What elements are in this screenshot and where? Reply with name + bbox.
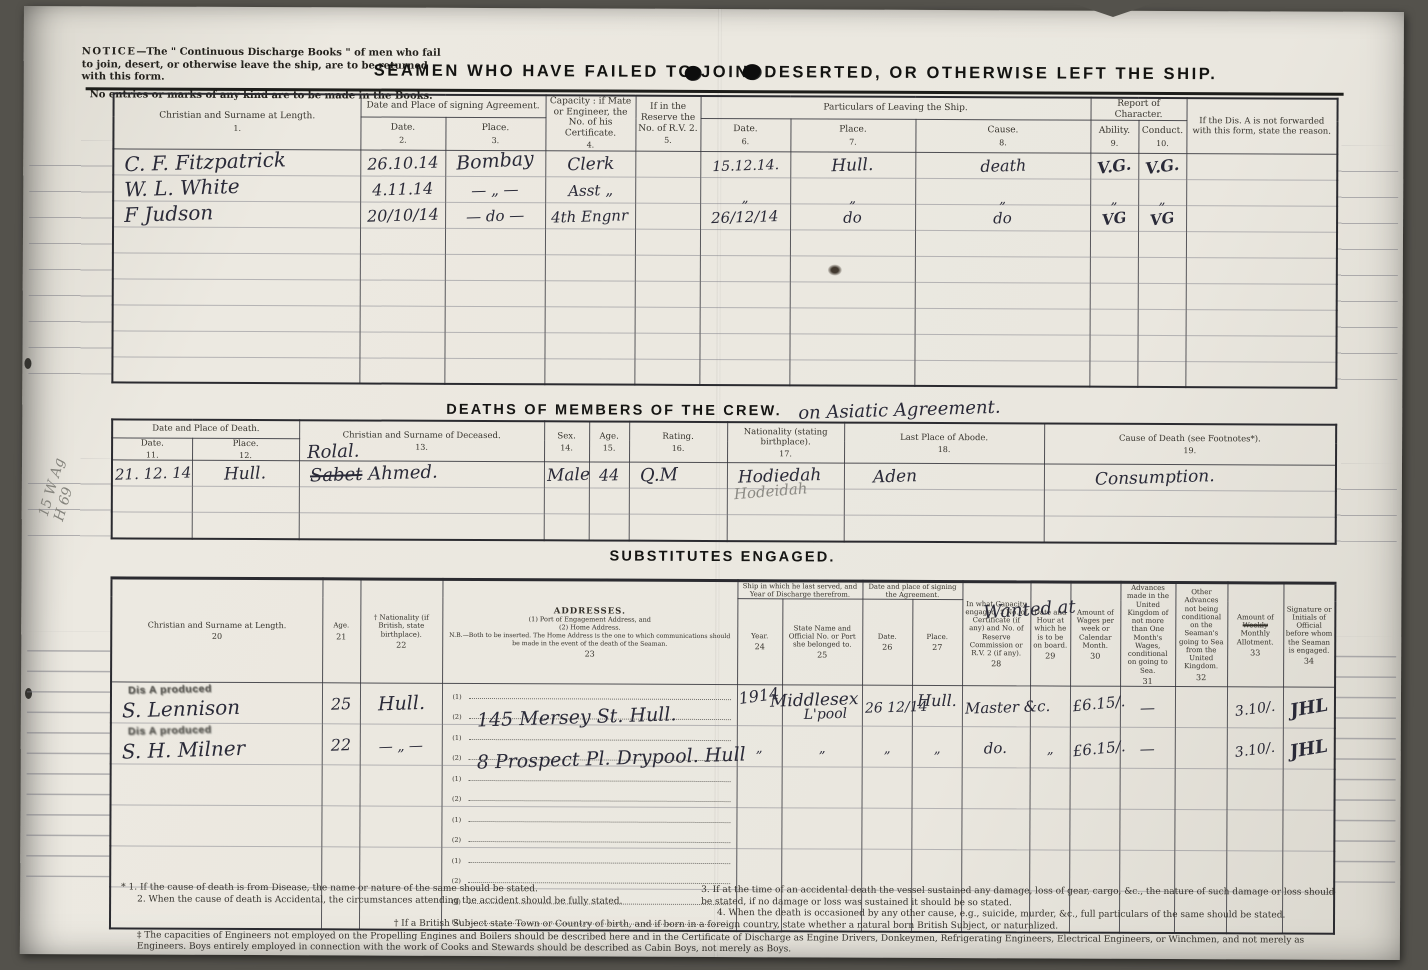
deserters-table: Christian and Surname at Length.1. Date …	[111, 92, 1338, 389]
col-addresses: ADDRESSES. (1) Port of Engagement Addres…	[442, 579, 737, 684]
empty-cell	[360, 254, 445, 280]
empty-cell	[1070, 768, 1120, 809]
cell-leave-place: „	[790, 178, 915, 205]
empty-cell	[915, 282, 1090, 309]
empty-cell	[359, 806, 441, 847]
empty-cell	[321, 806, 359, 847]
empty-cell	[635, 255, 700, 281]
empty-cell	[360, 765, 442, 806]
empty-cell	[1186, 283, 1337, 310]
empty-cell	[1090, 283, 1138, 309]
empty-cell	[1137, 335, 1185, 361]
ruled-lines-margin	[1333, 637, 1396, 883]
empty-cell	[912, 768, 962, 809]
empty-row: (1) (2)	[111, 764, 1335, 810]
cell-sign-date: 26.10.14	[360, 150, 445, 176]
empty-cell	[1138, 283, 1186, 309]
cell-allotment: 3.10/.	[1227, 728, 1283, 769]
cell-ship-name: MiddlesexL'pool	[782, 685, 862, 726]
empty-cell	[322, 765, 360, 806]
dis-a-stamp: Dis A produced	[128, 724, 212, 738]
cell-dis-a	[1186, 205, 1337, 232]
empty-cell	[914, 334, 1089, 361]
table-row: Dis A produced S. Lennison 25 Hull. (1) …	[111, 682, 1335, 728]
footnote-double-dagger: ‡ The capacities of Engineers not employ…	[109, 930, 1343, 959]
empty-cell	[1282, 810, 1334, 851]
empty-cell	[1175, 769, 1227, 810]
page-title: SEAMEN WHO HAVE FAILED TO JOIN, DESERTED…	[374, 62, 1192, 85]
empty-cell	[700, 255, 790, 281]
cell-ability: „	[1090, 179, 1138, 205]
empty-cell	[112, 331, 359, 358]
empty-cell	[1138, 309, 1186, 335]
cell-address: (1) (2)	[441, 807, 736, 849]
form-page: 15 W Ag H 69 NOTICE—The " Continuous Dis…	[20, 6, 1404, 960]
cell-onboard: „	[1030, 727, 1070, 768]
empty-cell	[299, 513, 544, 540]
empty-cell	[915, 308, 1090, 335]
cell-conduct: VG	[1138, 205, 1186, 231]
empty-cell	[113, 227, 360, 254]
cell-ability: VG	[1090, 205, 1138, 231]
empty-cell	[445, 280, 545, 306]
empty-cell	[1186, 309, 1337, 336]
empty-cell	[444, 332, 544, 358]
cell-wages: £6.15/.	[1070, 727, 1120, 768]
cell-ship-name: „	[782, 726, 862, 767]
empty-cell	[544, 359, 634, 385]
empty-cell	[790, 282, 915, 309]
empty-cell	[700, 307, 790, 333]
empty-cell	[360, 280, 445, 306]
cell-sign-place: — do —	[445, 202, 545, 228]
cell-death-cause: Consumption.	[1044, 464, 1336, 491]
empty-row	[112, 357, 1336, 388]
cell-sub-date: „	[862, 726, 912, 767]
empty-cell	[634, 333, 699, 359]
empty-cell	[1226, 810, 1282, 851]
empty-cell	[360, 306, 445, 332]
cell-capacity: Asst „	[545, 177, 635, 203]
col-group-ship: Ship in which he last served, and Year o…	[737, 581, 862, 600]
empty-cell	[782, 767, 862, 808]
empty-cell	[192, 487, 299, 513]
cell-reserve	[635, 177, 700, 203]
empty-cell	[1044, 516, 1336, 543]
deaths-title-text: DEATHS OF MEMBERS OF THE CREW.	[446, 402, 782, 419]
cell-sub-name: Dis A produced S. Lennison	[111, 682, 322, 724]
empty-cell	[444, 358, 544, 384]
col-sign-place: Place.3.	[445, 118, 545, 151]
empty-row: (1) (2)	[110, 805, 1334, 851]
empty-cell	[111, 764, 322, 806]
col-group-sub-signing: Date and place of signing the Agreement.	[862, 581, 962, 599]
empty-cell	[545, 307, 635, 333]
table-row: Dis A produced S. H. Milner 22 — „ — (1)…	[111, 723, 1335, 769]
cell-advances-uk: —	[1120, 727, 1175, 768]
empty-cell	[736, 849, 781, 890]
empty-cell	[1120, 768, 1175, 809]
cell-name: W. L. White	[113, 175, 360, 202]
col-advances-uk: Advances made in the United Kingdom of n…	[1120, 582, 1175, 686]
cell-nationality: Hodiedah Hodeidah	[727, 463, 844, 490]
col-official-signature: Signature or Initials of Official before…	[1283, 583, 1335, 687]
empty-cell	[629, 489, 727, 515]
empty-cell	[790, 256, 915, 283]
cell-age: 44	[589, 462, 629, 488]
empty-cell	[844, 490, 1044, 517]
cell-abode: Aden	[844, 464, 1044, 491]
empty-row	[112, 512, 1336, 543]
cell-sub-date: 26 12/14	[862, 685, 912, 726]
cell-sub-place: „	[912, 727, 962, 768]
cell-advances-uk: —	[1120, 686, 1175, 727]
cell-name: C. F. Fitzpatrick	[113, 149, 360, 176]
col-nationality: Nationality (stating birthplace).17.	[727, 422, 844, 463]
col-sub-age: Age.21	[322, 579, 360, 683]
empty-cell	[861, 808, 911, 849]
empty-cell	[1174, 810, 1226, 851]
empty-cell	[544, 514, 589, 540]
ruled-lines-margin	[26, 631, 110, 877]
cell-sign-place: Bombay	[445, 150, 545, 176]
cell-sub-capacity: Master &c.	[962, 686, 1030, 727]
empty-cell	[1185, 361, 1336, 388]
cell-sex: Male	[544, 462, 589, 488]
empty-cell	[112, 357, 359, 384]
empty-cell	[1226, 851, 1282, 892]
ruled-lines-margin	[1335, 146, 1398, 380]
empty-cell	[1137, 361, 1185, 387]
empty-cell	[789, 334, 914, 361]
cell-capacity: 4th Engnr	[545, 203, 635, 229]
empty-cell	[113, 279, 360, 306]
ink-blot	[743, 64, 762, 80]
cell-sign-date: 20/10/14	[360, 202, 445, 228]
empty-cell	[634, 359, 699, 385]
col-leave-date: Date.6.	[700, 119, 790, 152]
cell-sign-date: 4.11.14	[360, 176, 445, 202]
col-age: Age.15.	[589, 421, 629, 462]
cell-cause: death	[915, 152, 1090, 179]
empty-cell	[359, 358, 444, 384]
col-other-advances: Other Advances not being conditional on …	[1175, 583, 1227, 687]
col-sub-nationality: † Nationality (if British, state birthpl…	[360, 579, 442, 684]
empty-cell	[544, 333, 634, 359]
empty-cell	[789, 360, 914, 387]
col-reserve: If in the Reserve the No. of R.V. 2.5.	[635, 96, 700, 152]
empty-cell	[962, 768, 1030, 809]
cell-sub-nationality: — „ —	[360, 724, 442, 765]
empty-cell	[700, 281, 790, 307]
cell-sub-age: 25	[322, 683, 360, 724]
empty-cell	[635, 281, 700, 307]
col-sex: Sex.14.	[544, 421, 589, 462]
empty-cell	[359, 332, 444, 358]
empty-cell	[1069, 850, 1119, 891]
empty-cell	[961, 850, 1029, 891]
empty-cell	[544, 488, 589, 514]
empty-cell	[1138, 257, 1186, 283]
cell-other-advances	[1175, 687, 1227, 728]
empty-cell	[359, 847, 441, 888]
cell-sub-nationality: Hull.	[360, 683, 442, 724]
empty-cell	[861, 849, 911, 890]
col-ability: Ability.9.	[1090, 120, 1138, 153]
cell-leave-date: 26/12/14	[700, 203, 790, 229]
ruled-lines-margin	[28, 140, 112, 374]
empty-cell	[635, 229, 700, 255]
empty-cell	[299, 487, 544, 514]
empty-cell	[545, 229, 635, 255]
col-leave-place: Place.7.	[790, 119, 915, 152]
deaths-header-annotation: Rolal.	[307, 443, 360, 463]
empty-cell	[1089, 361, 1137, 387]
empty-cell	[1089, 335, 1137, 361]
cell-official-signature: JHL	[1283, 728, 1335, 769]
cell-sub-age: 22	[322, 724, 360, 765]
empty-cell	[445, 254, 545, 280]
col-death-date: Date.11.	[112, 438, 192, 461]
empty-cell	[781, 849, 861, 890]
col-dis-a: If the Dis. A is not forwarded with this…	[1186, 98, 1337, 154]
empty-cell	[112, 486, 192, 512]
cell-deceased: Sabet Ahmed.	[299, 461, 544, 488]
col-wages: Amount of Wages per week or Calendar Mon…	[1070, 582, 1120, 686]
empty-cell	[1090, 309, 1138, 335]
empty-cell	[192, 513, 299, 539]
cell-name: F Judson	[113, 201, 360, 228]
empty-cell	[914, 360, 1089, 387]
cell-ability: V.G.	[1090, 153, 1138, 179]
empty-cell	[1044, 490, 1336, 517]
cell-leave-date: „	[700, 177, 790, 203]
dis-a-stamp: Dis A produced	[128, 683, 212, 697]
empty-cell	[961, 809, 1029, 850]
empty-cell	[445, 228, 545, 254]
empty-cell	[545, 255, 635, 281]
empty-cell	[1030, 768, 1070, 809]
empty-cell	[1282, 851, 1334, 892]
empty-cell	[699, 333, 789, 359]
deaths-title-annotation: on Asiatic Agreement.	[798, 399, 1001, 423]
empty-cell	[589, 488, 629, 514]
empty-cell	[790, 230, 915, 257]
empty-cell	[699, 359, 789, 385]
empty-cell	[1186, 335, 1337, 362]
footnotes: * 1. If the cause of death is from Disea…	[109, 882, 1343, 959]
empty-cell	[736, 808, 781, 849]
col-group-signing: Date and Place of signing Agreement.	[361, 94, 546, 118]
cell-cause: „	[915, 178, 1090, 205]
empty-cell	[1090, 257, 1138, 283]
cell-sub-place: Hull.	[912, 686, 962, 727]
empty-cell	[112, 512, 192, 538]
col-sub-date: Date.26	[862, 599, 912, 685]
col-ship-name: State Name and Official No. or Port she …	[782, 599, 862, 686]
col-conduct: Conduct.10.	[1138, 121, 1186, 154]
empty-cell	[1029, 850, 1069, 891]
empty-cell	[1119, 850, 1174, 891]
empty-cell	[1029, 809, 1069, 850]
empty-cell	[1138, 231, 1186, 257]
empty-cell	[911, 809, 961, 850]
cell-address: (1) (2)145 Mersey St. Hull.	[442, 684, 737, 726]
cell-official-signature: JHL	[1283, 687, 1335, 728]
empty-cell	[445, 306, 545, 332]
empty-cell	[700, 229, 790, 255]
col-sub-capacity: In what Capacity engaged. ‡ No. of Certi…	[962, 582, 1030, 686]
cell-sub-name: Dis A produced S. H. Milner	[111, 723, 322, 765]
col-capacity: Capacity : if Mate or Engineer, the No. …	[545, 95, 635, 151]
ink-blot	[685, 66, 702, 81]
empty-cell	[1186, 257, 1337, 284]
col-death-place: Place.12.	[192, 438, 299, 461]
substitutes-section-title: SUBSTITUTES ENGAGED.	[111, 546, 1335, 567]
cell-other-advances	[1175, 728, 1227, 769]
empty-cell	[844, 516, 1044, 543]
empty-cell	[1090, 231, 1138, 257]
empty-cell	[737, 767, 782, 808]
ruled-lines-margin	[1335, 464, 1397, 542]
col-rating: Rating.16.	[629, 422, 727, 463]
empty-cell	[1186, 231, 1337, 258]
cell-death-place: Hull.	[192, 461, 299, 487]
cell-allotment: 3.10/.	[1227, 687, 1283, 728]
cell-sign-place: — „ —	[445, 176, 545, 202]
cell-reserve	[635, 203, 700, 229]
empty-cell	[545, 281, 635, 307]
empty-cell	[1227, 769, 1283, 810]
col-group-death: Date and Place of Death.	[112, 419, 299, 438]
col-sub-name: Christian and Surname at Length.20	[111, 578, 322, 683]
cell-reserve	[635, 151, 700, 177]
substitutes-table: Christian and Surname at Length.20 Age.2…	[109, 576, 1337, 935]
cell-cause: do	[915, 204, 1090, 231]
cell-death-date: 21. 12. 14	[112, 460, 192, 486]
footnote-2: 2. When the cause of death is Accidental…	[121, 894, 701, 908]
col-cause: Cause.8.	[915, 120, 1090, 153]
empty-cell	[589, 514, 629, 540]
empty-cell	[1174, 851, 1226, 892]
scan-background: { "notice": { "line1_label": "NOTICE", "…	[0, 0, 1428, 970]
col-sign-date: Date.2.	[360, 117, 445, 150]
empty-cell	[321, 847, 359, 888]
empty-cell	[1119, 809, 1174, 850]
empty-cell	[911, 850, 961, 891]
cell-conduct: V.G.	[1138, 153, 1186, 179]
empty-cell	[727, 515, 844, 542]
cell-capacity: Clerk	[545, 151, 635, 177]
empty-cell	[635, 307, 700, 333]
empty-cell	[915, 230, 1090, 257]
empty-cell	[1069, 809, 1119, 850]
col-group-character: Report of Character.	[1091, 98, 1187, 121]
col-name: Christian and Surname at Length.1.	[113, 93, 360, 149]
empty-cell	[915, 256, 1090, 283]
cell-dis-a	[1186, 153, 1337, 180]
notice-label: NOTICE	[82, 46, 137, 57]
col-allotment: Amount ofWeeklyMonthly Allotment.33	[1227, 583, 1283, 687]
deaths-table: Date and Place of Death. Christian and S…	[111, 418, 1338, 544]
col-sub-place: Place.27	[912, 599, 962, 685]
cell-leave-date: 15.12.14.	[700, 151, 790, 177]
empty-cell	[113, 305, 360, 332]
empty-cell	[629, 515, 727, 541]
cell-leave-place: Hull.	[790, 152, 915, 179]
cell-sub-capacity: do.	[962, 727, 1030, 768]
empty-cell	[110, 805, 321, 847]
col-abode: Last Place of Abode.18.	[844, 423, 1044, 465]
col-ship-year: Year.24	[737, 599, 782, 685]
empty-cell	[360, 228, 445, 254]
empty-cell	[862, 767, 912, 808]
col-death-cause: Cause of Death (see Footnotes*).19.	[1044, 423, 1336, 465]
cell-wages: £6.15/.	[1070, 686, 1120, 727]
empty-cell	[790, 308, 915, 335]
empty-cell	[1283, 769, 1335, 810]
cell-dis-a	[1186, 179, 1337, 206]
footnote-3: 3. If at the time of an accidental death…	[701, 885, 1343, 911]
cell-conduct: „	[1138, 179, 1186, 205]
col-group-leaving: Particulars of Leaving the Ship.	[701, 96, 1091, 120]
cell-leave-place: do	[790, 204, 915, 231]
empty-cell	[781, 808, 861, 849]
empty-cell	[113, 253, 360, 280]
cell-rating: Q.M	[629, 463, 727, 489]
